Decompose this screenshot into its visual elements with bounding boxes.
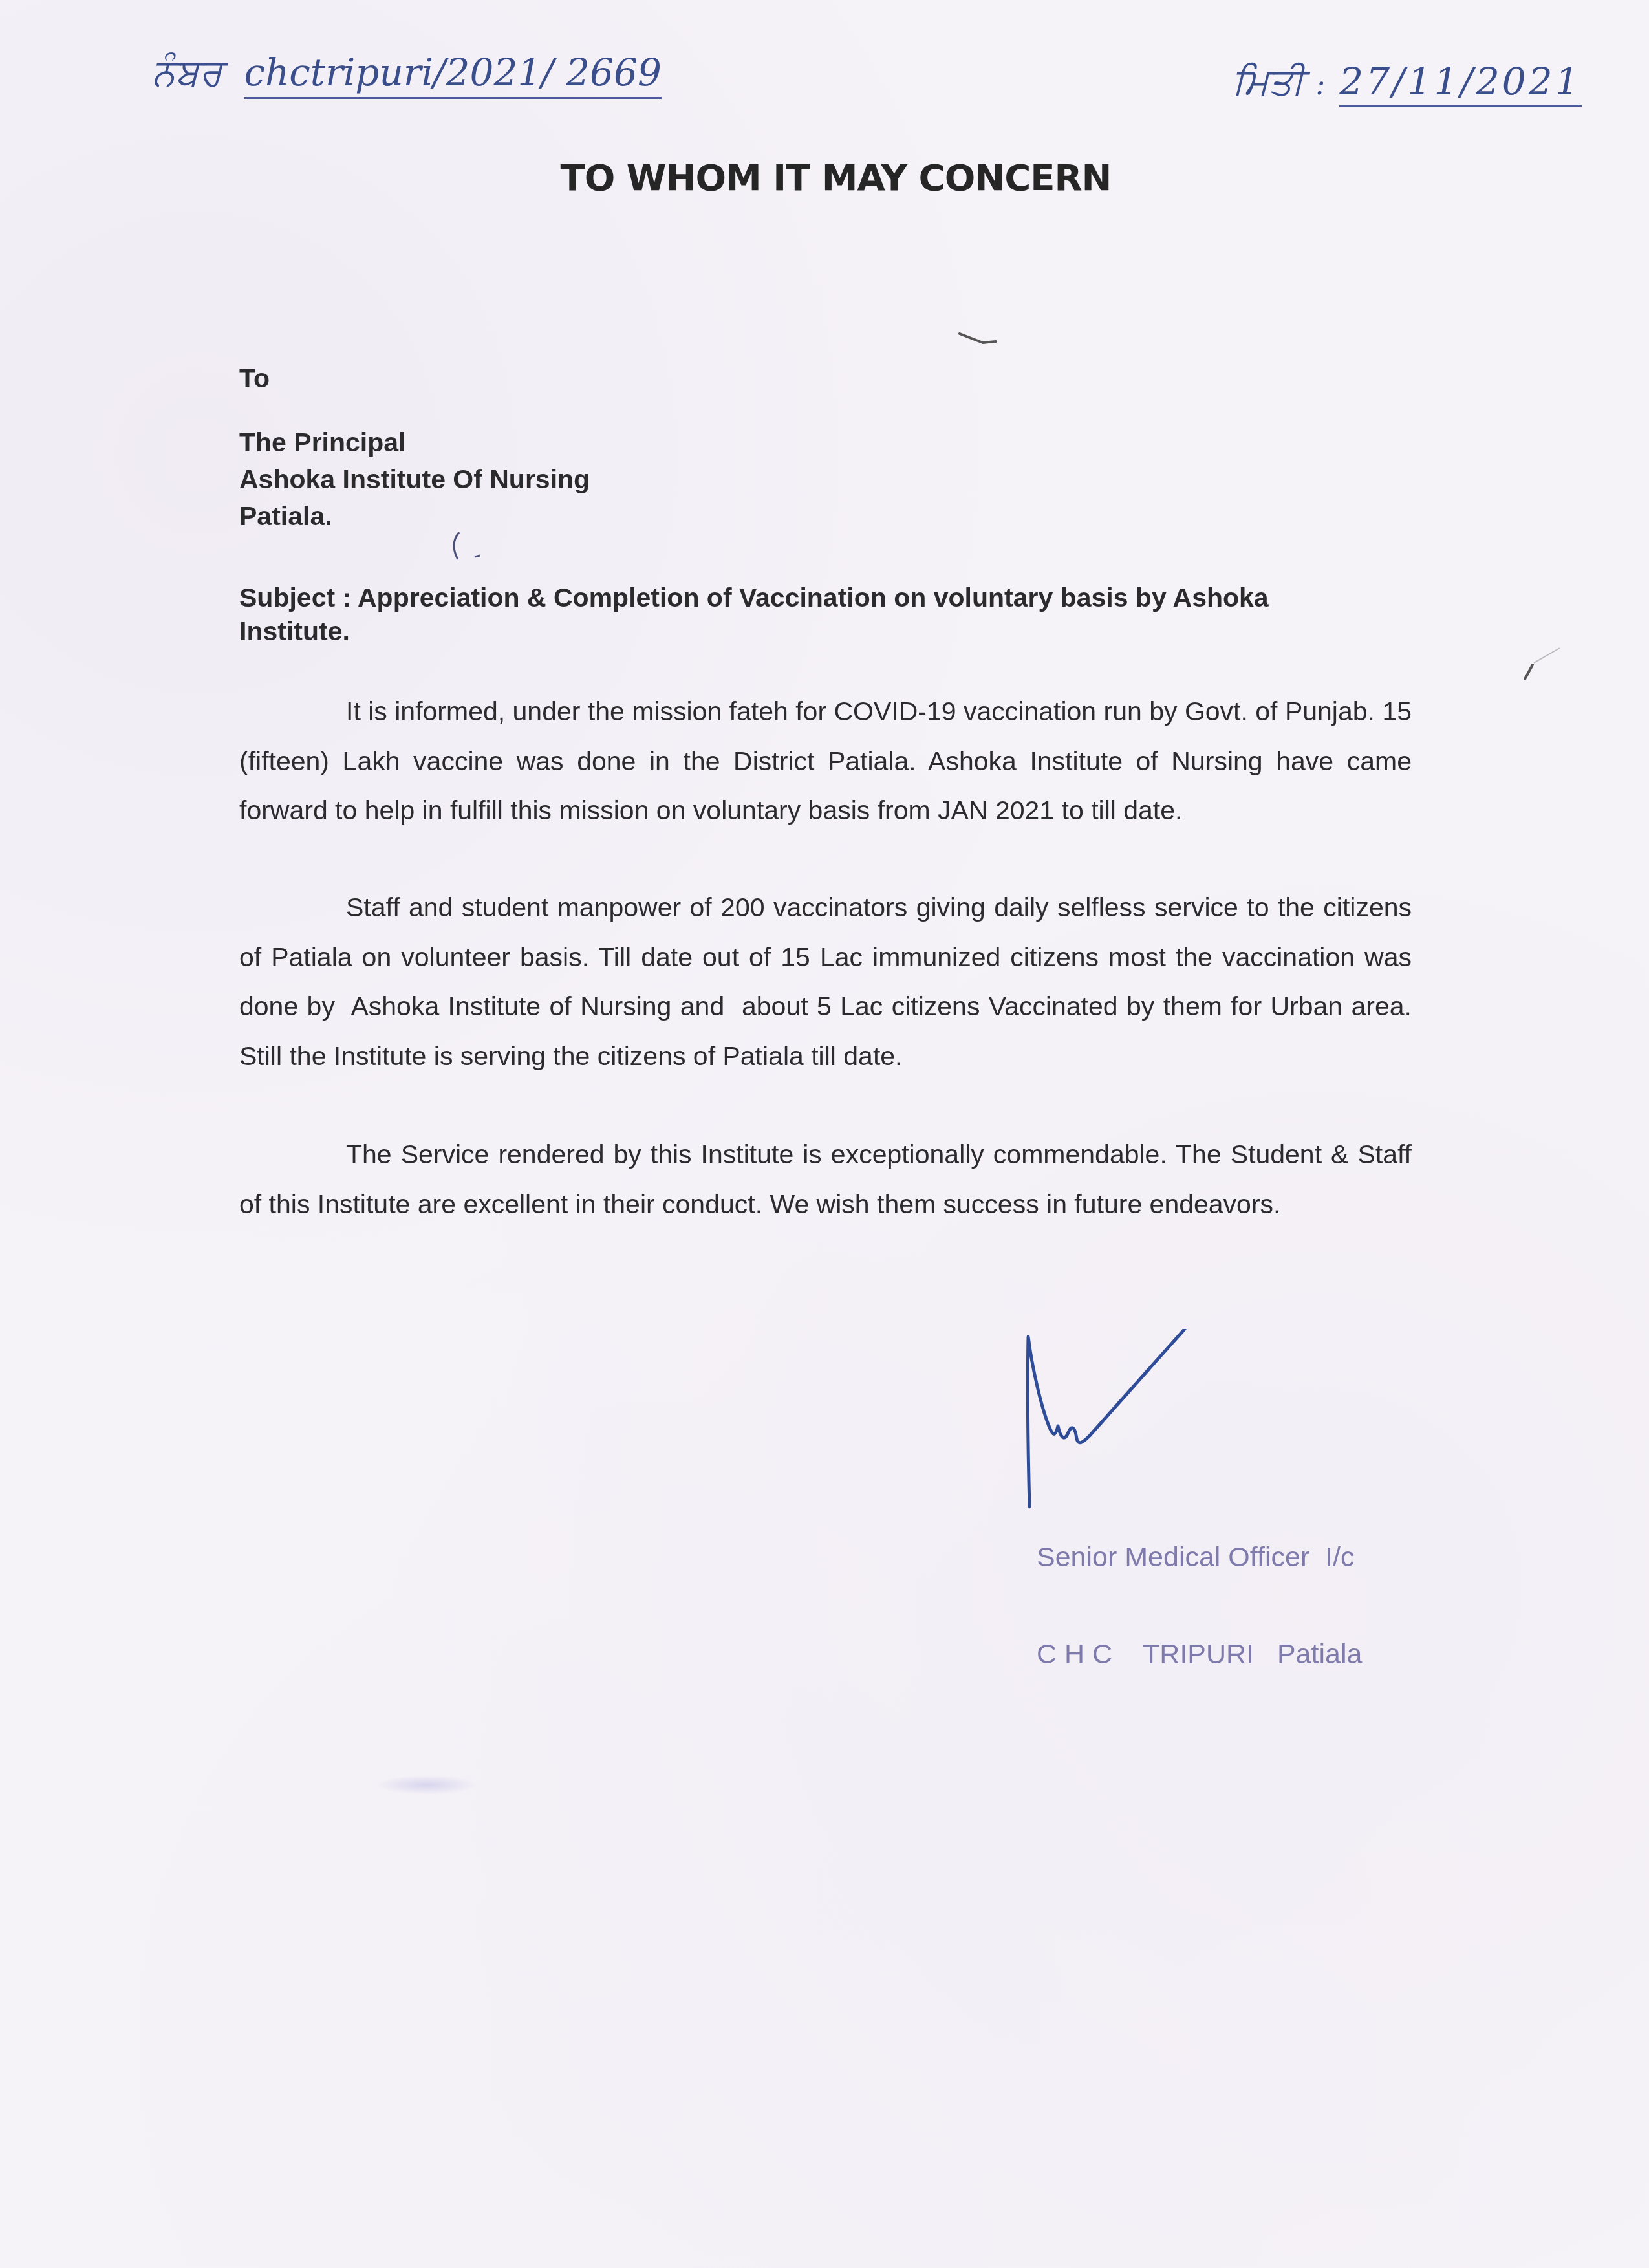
stray-pen-mark [957, 330, 1009, 349]
salutation: To [239, 363, 1412, 394]
subject-line: Subject : Appreciation & Completion of V… [239, 581, 1352, 648]
official-stamp: Senior Medical Officer I/c C H C TRIPURI… [1037, 1476, 1362, 1703]
date-prefix: ਮਿਤੀ [1232, 59, 1304, 103]
stamp-designation: Senior Medical Officer I/c [1037, 1541, 1362, 1573]
reference-value: chctripuri/2021/ 2669 [244, 50, 661, 99]
body-paragraph-1: It is informed, under the mission fateh … [239, 687, 1412, 836]
ink-smudge [375, 1775, 479, 1795]
date-value: 27/11/2021 [1339, 59, 1581, 107]
body-paragraph-3: The Service rendered by this Institute i… [239, 1130, 1412, 1229]
recipient-line-2: Ashoka Institute Of Nursing [239, 461, 1412, 498]
recipient-address: The Principal Ashoka Institute Of Nursin… [239, 424, 1412, 535]
stray-pencil-mark [1513, 640, 1565, 686]
reference-prefix: ਨੰਬਰ [152, 50, 222, 94]
body-paragraph-2: Staff and student manpower of 200 vaccin… [239, 883, 1412, 1081]
reference-number: ਨੰਬਰchctripuri/2021/ 2669 [152, 50, 662, 99]
document-title: TO WHOM IT MAY CONCERN [0, 157, 1649, 199]
letter-date: ਮਿਤੀ:27/11/2021 [1232, 59, 1582, 107]
date-separator: : [1315, 69, 1325, 102]
recipient-line-1: The Principal [239, 424, 1412, 461]
stamp-office: C H C TRIPURI Patiala [1037, 1638, 1362, 1670]
recipient-line-3: Patiala. [239, 498, 1412, 535]
